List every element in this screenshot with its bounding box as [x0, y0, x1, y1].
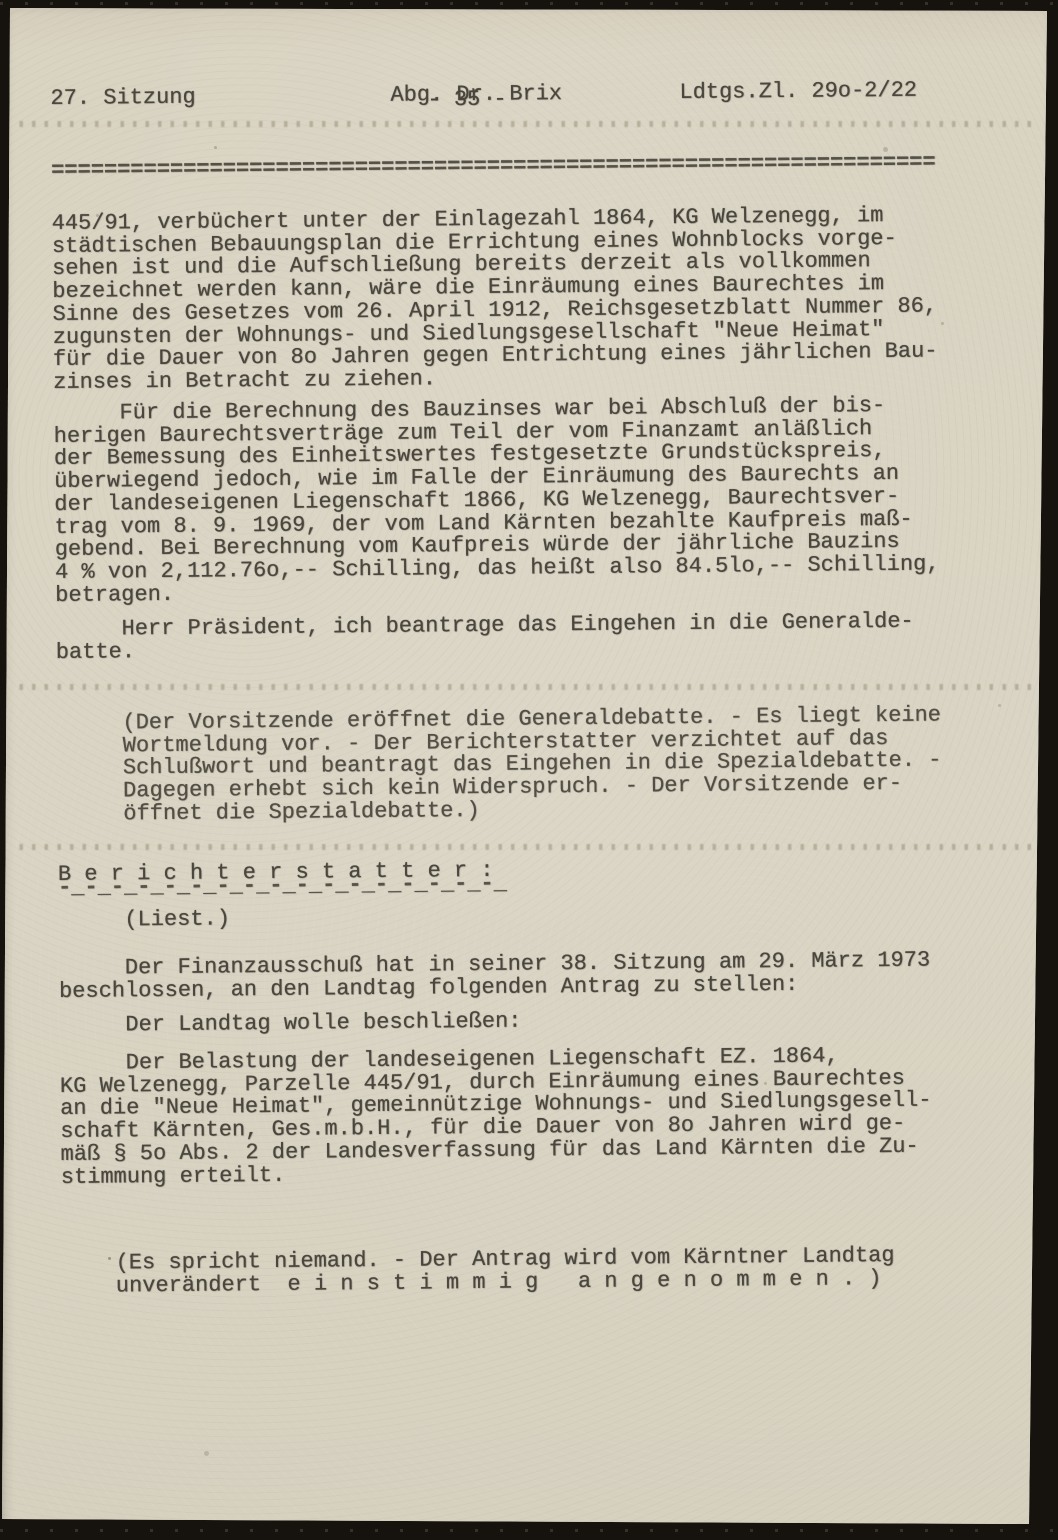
- motion-text: Der Belastung der landeseigenen Liegensc…: [60, 1045, 933, 1190]
- header-rule: ========================================…: [51, 152, 936, 183]
- typewritten-content: - 35 - 27. Sitzung Abg. Dr. Brix Ldtgs.Z…: [50, 79, 992, 1378]
- film-edge-dots-top: [0, 2, 1058, 5]
- session-label: 27. Sitzung: [50, 87, 195, 111]
- motion-intro-line: Der Landtag wolle beschließen:: [59, 1011, 521, 1038]
- speaker-label: Abg. Dr. Brix: [390, 83, 562, 107]
- file-reference: Ldtgs.Zl. 29o-2/22: [679, 80, 917, 105]
- paragraph-antrag-generaldebatte: Herr Präsident, ich beantrage das Eingeh…: [55, 611, 914, 665]
- document-header: 27. Sitzung Abg. Dr. Brix Ldtgs.Zl. 29o-…: [50, 79, 980, 111]
- paragraph-bauzins-berechnung: Für die Berechnung des Bauzinses war bei…: [53, 395, 939, 608]
- reads-note: (Liest.): [124, 908, 230, 932]
- paragraph-baurecht-einleitung: 445/91, verbüchert unter der Einlagezahl…: [52, 205, 938, 395]
- film-edge-dots-bottom: [0, 1529, 1058, 1532]
- paper-sheet: - 35 - 27. Sitzung Abg. Dr. Brix Ldtgs.Z…: [0, 0, 1058, 1540]
- paragraph-finanzausschuss: Der Finanzausschuß hat in seiner 38. Sit…: [59, 950, 931, 1004]
- stage-direction-abstimmung: (Es spricht niemand. - Der Antrag wird v…: [116, 1245, 895, 1298]
- stage-direction-generaldebatte: (Der Vorsitzende eröffnet die Generaldeb…: [122, 705, 942, 826]
- scanned-document-page: - 35 - 27. Sitzung Abg. Dr. Brix Ldtgs.Z…: [0, 0, 1058, 1540]
- reporter-heading-underline: -_-_-_-_-_-_-_-_-_-_-_-_-_-_-_-_-_: [58, 873, 507, 900]
